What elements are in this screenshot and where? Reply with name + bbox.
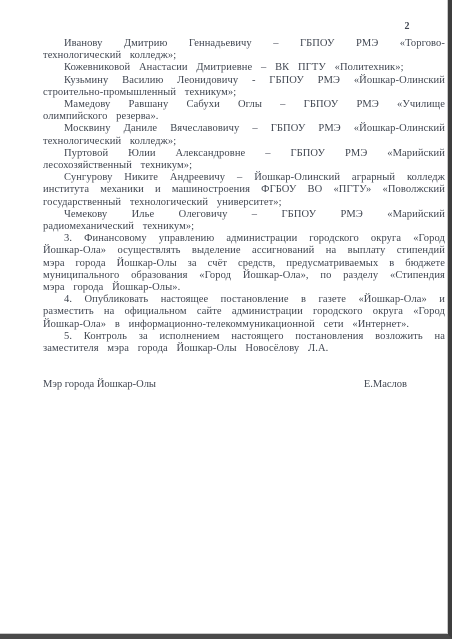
recipient-line-purtova: Пуртовой Юлии Александровне – ГБПОУ РМЭ … (43, 148, 445, 172)
recipient-line-chemekov: Чемекову Илье Олеговичу – ГБПОУ РМЭ «Мар… (43, 209, 445, 233)
recipient-line-sungurov: Сунгурову Никите Андреевичу – Йошкар-Оли… (43, 172, 445, 209)
page-number: 2 (398, 21, 416, 32)
paragraph-5-control: 5. Контроль за исполнением настоящего по… (43, 331, 445, 355)
recipient-line-ivanov: Иванову Дмитрию Геннадьевичу – ГБПОУ РМЭ… (43, 38, 445, 62)
paragraph-4-publish: 4. Опубликовать настоящее постановление … (43, 294, 445, 331)
document-page: 2 Иванову Дмитрию Геннадьевичу – ГБПОУ Р… (0, 0, 452, 639)
signature-block: Мэр города Йошкар-Олы Е.Маслов (43, 379, 445, 391)
recipient-line-kuzmin: Кузьмину Василию Леонидовичу - ГБПОУ РМЭ… (43, 75, 445, 99)
recipient-line-moskvin: Москвину Даниле Вячеславовичу – ГБПОУ РМ… (43, 123, 445, 147)
signature-name: Е.Маслов (364, 379, 407, 391)
document-body: Иванову Дмитрию Геннадьевичу – ГБПОУ РМЭ… (43, 38, 445, 355)
paragraph-3-finance: 3. Финансовому управлению администрации … (43, 233, 445, 294)
signature-title: Мэр города Йошкар-Олы (43, 379, 156, 391)
recipient-line-mamedov: Мамедову Равшану Сабухи Оглы – ГБПОУ РМЭ… (43, 99, 445, 123)
recipient-line-kozhevnikova: Кожевниковой Анастасии Дмитриевне – ВК П… (43, 62, 445, 74)
